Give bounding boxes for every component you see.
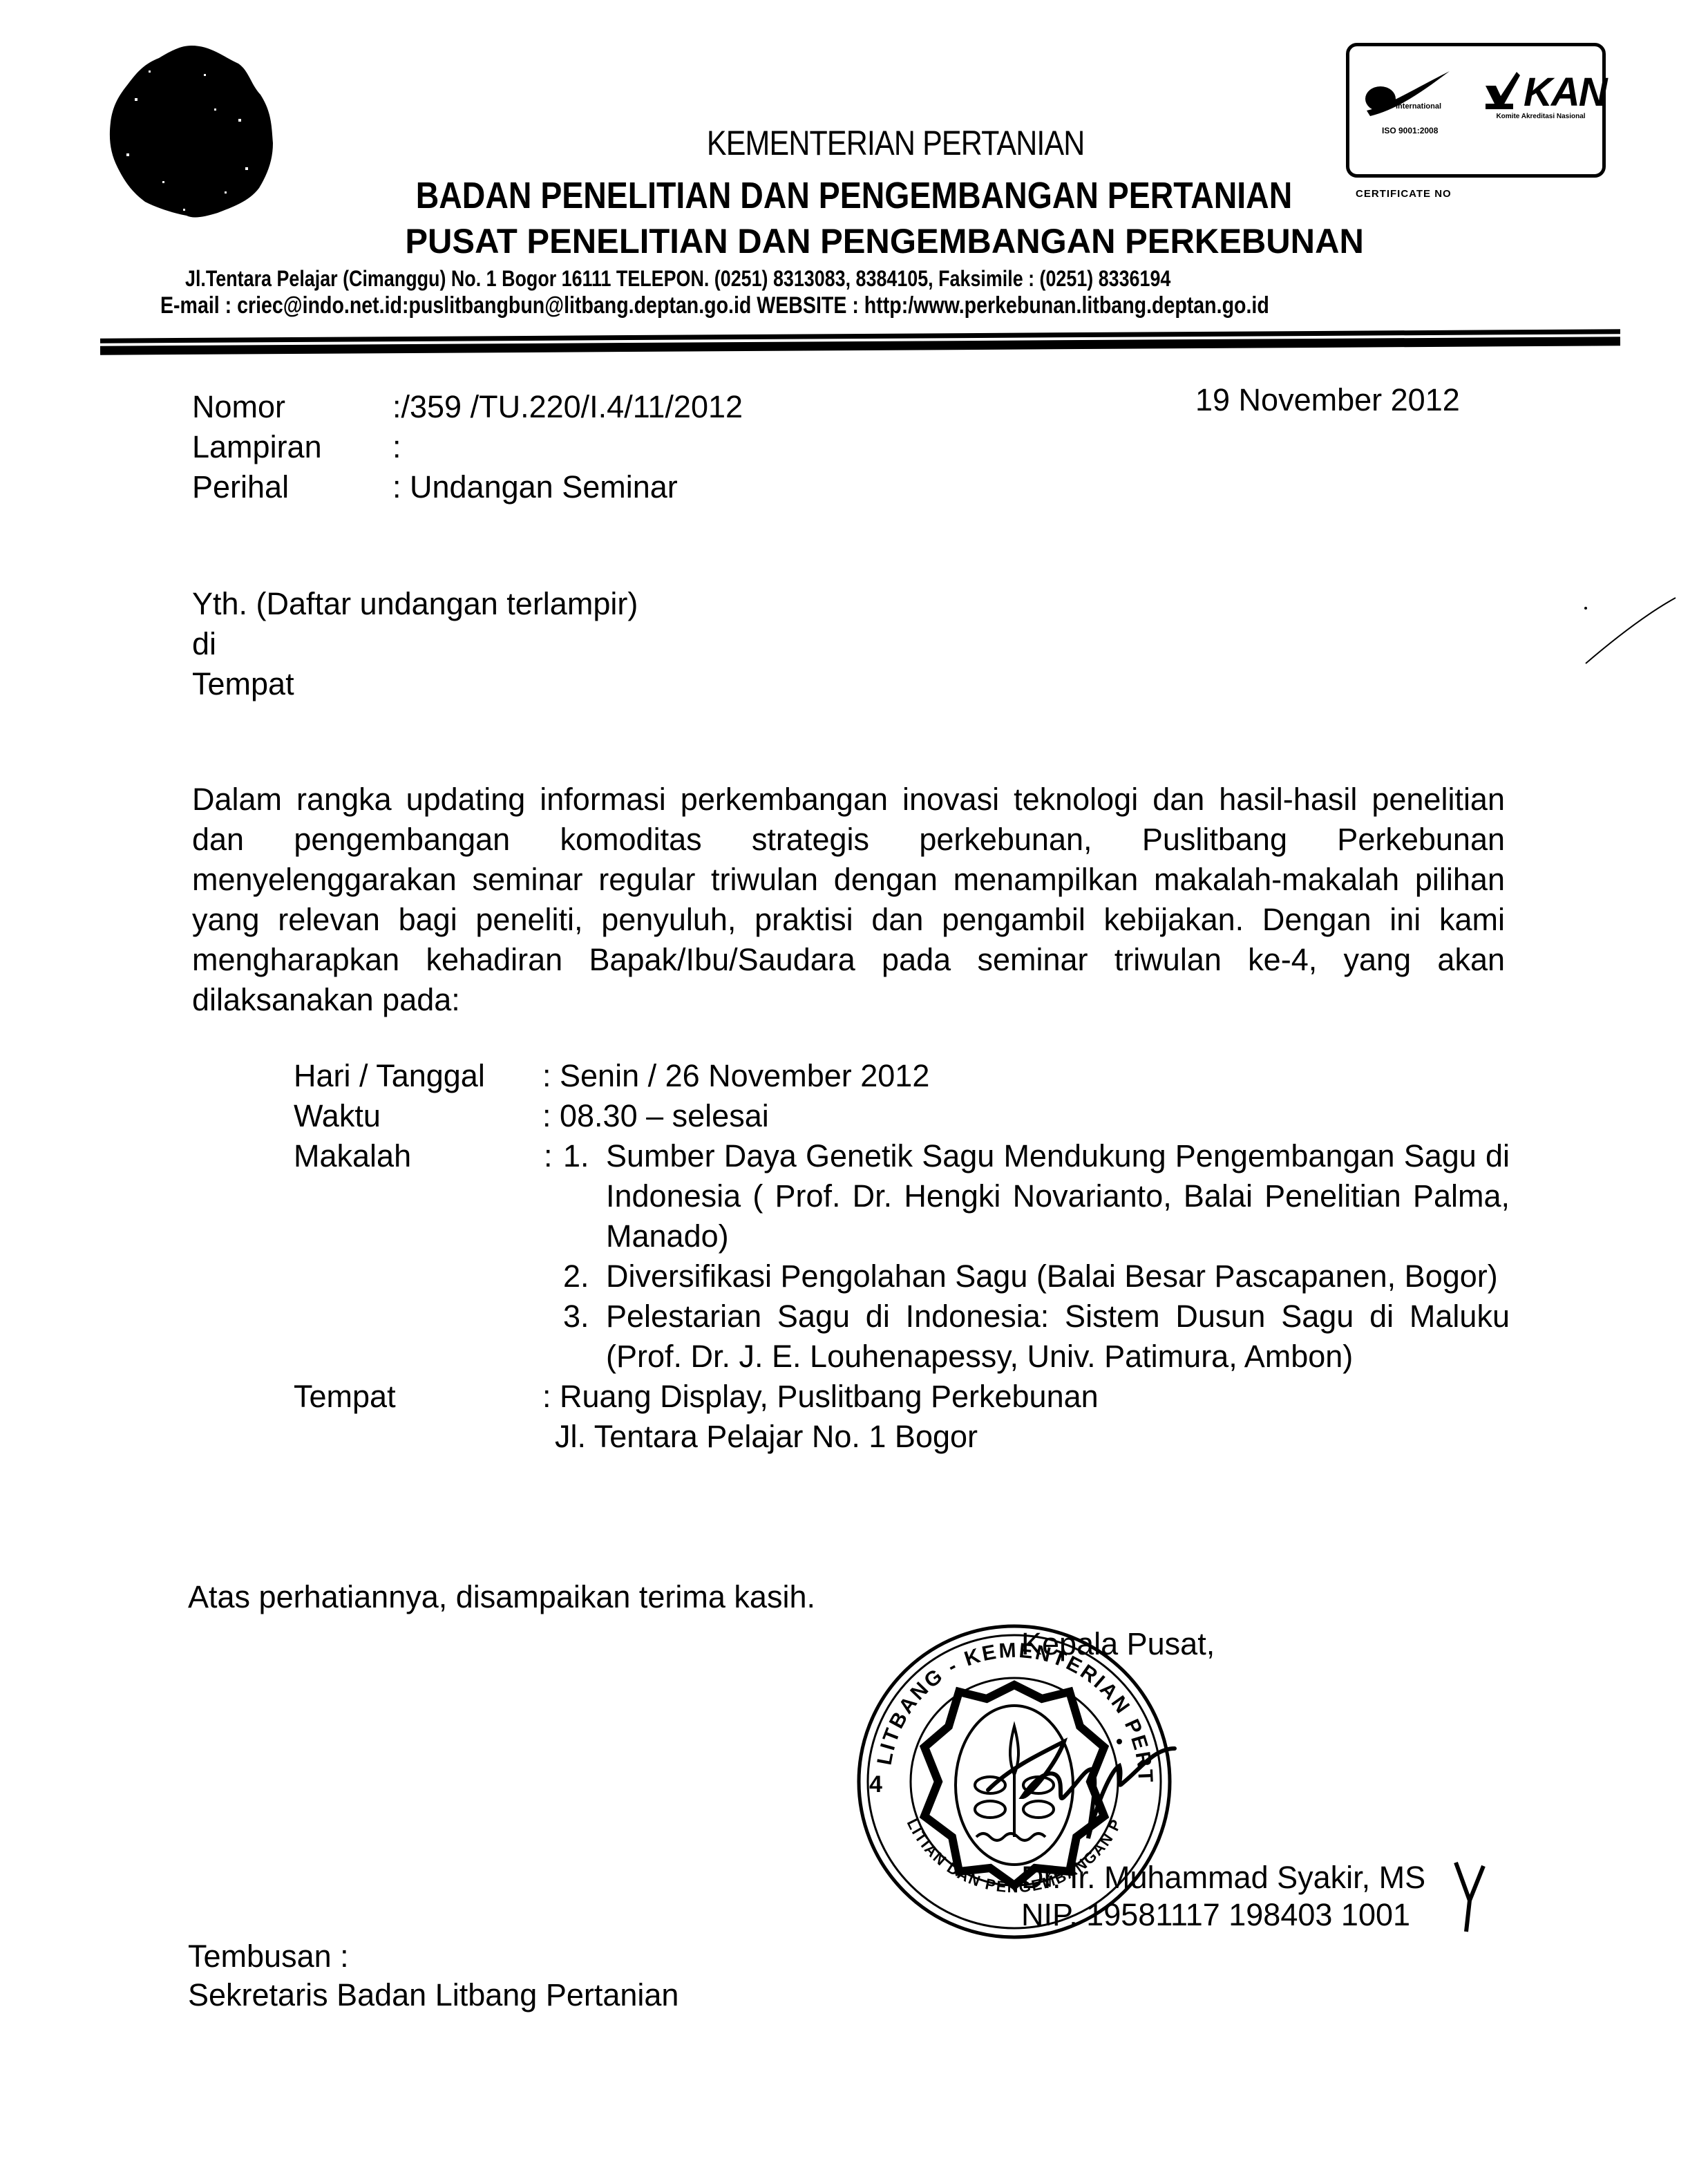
- paper-item: 3. Pelestarian Sagu di Indonesia: Sistem…: [563, 1297, 1510, 1377]
- detail-label: Waktu: [294, 1096, 381, 1136]
- detail-value: : Senin / 26 November 2012: [542, 1056, 1510, 1096]
- detail-row-venue: Tempat : Ruang Display, Puslitbang Perke…: [294, 1377, 1510, 1457]
- addressee-line: Yth. (Daftar undangan terlampir): [192, 584, 638, 624]
- detail-value: : Ruang Display, Puslitbang Perkebunan: [542, 1377, 1510, 1417]
- meta-label: Nomor: [192, 387, 285, 427]
- detail-label: Hari / Tanggal: [294, 1056, 485, 1096]
- body-paragraph: Dalam rangka updating informasi perkemba…: [192, 780, 1505, 1020]
- address-phone-line: Jl.Tentara Pelajar (Cimanggu) No. 1 Bogo…: [185, 266, 1170, 292]
- detail-row-date: Hari / Tanggal : Senin / 26 November 201…: [294, 1056, 1510, 1096]
- meta-value: : Undangan Seminar: [392, 467, 678, 507]
- kan-logo-text: KAN: [1524, 69, 1606, 115]
- email-website-line: E-mail : criec@indo.net.id:puslitbangbun…: [160, 292, 1269, 319]
- addressee-line: Tempat: [192, 664, 638, 704]
- paper-text: Pelestarian Sagu di Indonesia: Sistem Du…: [606, 1299, 1510, 1374]
- paper-number: 1.: [563, 1136, 589, 1176]
- paper-number: 3.: [563, 1297, 589, 1337]
- kan-caption: Komite Akreditasi Nasional: [1486, 113, 1596, 121]
- paper-text: Diversifikasi Pengolahan Sagu (Balai Bes…: [606, 1258, 1498, 1294]
- iso-standard: ISO 9001:2008: [1382, 126, 1438, 135]
- detail-label: Makalah: [294, 1136, 411, 1176]
- handwritten-signature: [981, 1693, 1313, 1852]
- meta-value: :/359 /TU.220/I.4/11/2012: [392, 387, 743, 427]
- papers-list: 1. Sumber Daya Genetik Sagu Mendukung Pe…: [294, 1136, 1510, 1377]
- svg-text:4: 4: [869, 1771, 882, 1798]
- meta-label: Lampiran: [192, 427, 322, 467]
- letter-date: 19 November 2012: [1195, 380, 1460, 420]
- iso-caption: International: [1396, 102, 1441, 111]
- detail-value: Jl. Tentara Pelajar No. 1 Bogor: [555, 1417, 1510, 1457]
- addressee-block: Yth. (Daftar undangan terlampir) di Temp…: [192, 584, 638, 704]
- paper-item: 1. Sumber Daya Genetik Sagu Mendukung Pe…: [563, 1136, 1510, 1256]
- seminar-details: Hari / Tanggal : Senin / 26 November 201…: [294, 1056, 1510, 1457]
- detail-row-time: Waktu : 08.30 – selesai: [294, 1096, 1510, 1136]
- detail-label: Tempat: [294, 1377, 396, 1417]
- iso-swoosh-icon: [1360, 68, 1456, 123]
- signatory-name: Dr. Ir. Muhammad Syakir, MS: [1021, 1858, 1425, 1898]
- signatory-title: Kepala Pusat,: [1021, 1624, 1215, 1664]
- cc-label: Tembusan :: [188, 1936, 349, 1977]
- detail-colon: :: [544, 1136, 553, 1176]
- kan-check-icon: [1486, 72, 1520, 113]
- cc-item: Sekretaris Badan Litbang Pertanian: [188, 1975, 679, 2015]
- detail-value: : 08.30 – selesai: [542, 1096, 1510, 1136]
- addressee-line: di: [192, 624, 638, 664]
- signatory-nip: NIP. 19581117 198403 1001: [1021, 1895, 1410, 1935]
- detail-row-papers: Makalah : 1. Sumber Daya Genetik Sagu Me…: [294, 1136, 1510, 1377]
- closing-text: Atas perhatiannya, disampaikan terima ka…: [188, 1577, 815, 1617]
- certificate-number: CERTIFICATE NO: [1356, 188, 1452, 200]
- meta-value: :: [392, 427, 401, 467]
- paper-item: 2. Diversifikasi Pengolahan Sagu (Balai …: [563, 1256, 1510, 1297]
- center-name: PUSAT PENELITIAN DAN PENGEMBANGAN PERKEB…: [17, 221, 1691, 261]
- paper-text: Sumber Daya Genetik Sagu Mendukung Penge…: [606, 1138, 1510, 1254]
- meta-label: Perihal: [192, 467, 289, 507]
- paper-number: 2.: [563, 1256, 589, 1297]
- signature-scribble-icon: [981, 1693, 1313, 1852]
- stray-pen-mark-icon: [1582, 594, 1679, 670]
- initial-mark-icon: [1452, 1859, 1487, 1939]
